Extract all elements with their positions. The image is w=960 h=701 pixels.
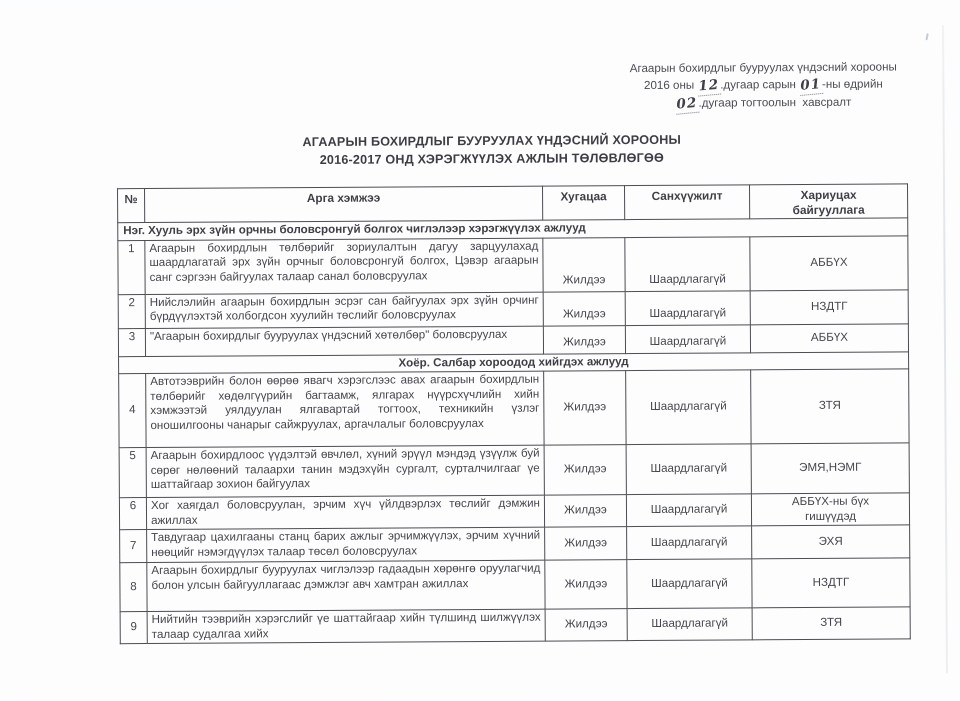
row-responsible: ЗТЯ bbox=[751, 369, 909, 444]
row-duration: Жилдээ bbox=[543, 291, 625, 326]
row-activity: Агаарын бохирдлоос үүдэлтэй өвчлөл, хүни… bbox=[146, 445, 544, 497]
annotation-line-1: Агаарын бохирдлыг бууруулах үндэсний хор… bbox=[573, 58, 953, 77]
row-responsible: НЗДТГ bbox=[750, 289, 908, 324]
handwritten-decree-number: 02 bbox=[675, 95, 699, 115]
row-duration: Жилдээ bbox=[544, 495, 626, 528]
row-activity: Тавдугаар цахилгааны станц барих ажлыг э… bbox=[147, 527, 545, 562]
row-number: 1 bbox=[118, 240, 145, 294]
row-activity: Хог хаягдал боловсруулан, эрчим хүч үйлд… bbox=[146, 495, 544, 529]
annotation-day-text: -ны өдрийн bbox=[822, 78, 883, 91]
row-funding: Шаардлагагүй bbox=[627, 526, 752, 560]
row-funding: Шаардлагагүй bbox=[626, 444, 751, 495]
annotation-decree-text: .дугаар тогтоолын хавсралт bbox=[698, 96, 851, 110]
row-duration: Жилдээ bbox=[543, 325, 625, 354]
table-row-5: 5 Агаарын бохирдлоос үүдэлтэй өвчлөл, хү… bbox=[119, 443, 909, 498]
row-number: 3 bbox=[118, 328, 145, 356]
table-row-6: 6 Хог хаягдал боловсруулан, эрчим хүч үй… bbox=[119, 493, 909, 530]
row-number: 5 bbox=[119, 448, 146, 498]
col-header-responsible-label: Хариуцах байгууллага bbox=[781, 188, 877, 218]
row-number: 7 bbox=[120, 530, 147, 563]
table-row-9: 9 Нийтийн тээврийн хэрэгслийг үе шаттайг… bbox=[120, 607, 910, 644]
row-activity: Автотээврийн болон өөрөө явагч хэрэгслээ… bbox=[146, 371, 544, 447]
row-number: 8 bbox=[120, 563, 147, 612]
row-duration: Жилдээ bbox=[545, 527, 627, 561]
handwritten-month: 12 bbox=[697, 77, 721, 97]
row-funding: Шаардлагагүй bbox=[627, 608, 752, 641]
row-funding: Шаардлагагүй bbox=[625, 236, 750, 291]
table-row-7: 7 Тавдугаар цахилгааны станц барих ажлыг… bbox=[120, 525, 910, 563]
row-responsible: НЗДТГ bbox=[752, 558, 910, 608]
row-activity: Агаарын бохирдлын төлбөрийг зориулалтын … bbox=[145, 238, 543, 294]
row-funding: Шаардлагагүй bbox=[625, 324, 750, 353]
row-duration: Жилдээ bbox=[544, 445, 626, 495]
row-number: 4 bbox=[119, 374, 146, 448]
row-number: 2 bbox=[118, 294, 145, 328]
table-row-4: 4 Автотээврийн болон өөрөө явагч хэрэгсл… bbox=[119, 369, 909, 448]
row-number: 9 bbox=[120, 612, 147, 644]
handwritten-day: 01 bbox=[798, 76, 822, 96]
row-responsible: АББҮХ bbox=[750, 235, 908, 290]
row-activity: Нийслэлийн агаарын бохирдлын эсрэг сан б… bbox=[145, 292, 543, 328]
scan-speck-artifact bbox=[925, 33, 928, 40]
row-funding: Шаардлагагүй bbox=[626, 494, 751, 527]
row-duration: Жилдээ bbox=[545, 560, 627, 610]
row-number: 6 bbox=[119, 498, 146, 530]
annotation-line-3: 02.дугаар тогтоолын хавсралт bbox=[573, 93, 953, 113]
annotation-year-text: 2016 оны bbox=[644, 79, 698, 92]
appendix-annotation: Агаарын бохирдлыг бууруулах үндэсний хор… bbox=[573, 58, 953, 113]
scan-edge-artifact bbox=[942, 25, 948, 673]
scanned-document-page: Агаарын бохирдлыг бууруулах үндэсний хор… bbox=[0, 0, 960, 698]
row-funding: Шаардлагагүй bbox=[626, 370, 751, 445]
row-activity: Агаарын бохирдлыг бууруулах чиглэлээр га… bbox=[147, 560, 545, 611]
table-row-2: 2 Нийслэлийн агаарын бохирдлын эсрэг сан… bbox=[118, 289, 908, 328]
row-responsible: ЗТЯ bbox=[752, 607, 910, 640]
document-title: АГААРЫН БОХИРДЛЫГ БУУРУУЛАХ ҮНДЭСНИЙ ХОР… bbox=[29, 129, 955, 171]
row-duration: Жилдээ bbox=[545, 609, 627, 642]
table-row-1: 1 Агаарын бохирдлын төлбөрийг зориулалты… bbox=[118, 235, 908, 294]
col-header-funding: Санхүүжилт bbox=[625, 185, 750, 220]
row-responsible: АББҮХ-ны бүх гишүүдэд bbox=[751, 493, 909, 526]
row-responsible: ЭМЯ,НЭМГ bbox=[751, 443, 909, 494]
row-responsible: АББҮХ bbox=[750, 323, 908, 352]
col-header-responsible: Хариуцах байгууллага bbox=[750, 184, 908, 219]
row-funding: Шаардлагагүй bbox=[625, 290, 750, 325]
row-activity: Нийтийн тээврийн хэрэгслийг үе шаттайгаа… bbox=[147, 609, 545, 643]
plan-table: № Арга хэмжээ Хугацаа Санхүүжилт Хариуца… bbox=[117, 183, 911, 644]
col-header-number: № bbox=[118, 189, 145, 223]
col-header-activity: Арга хэмжээ bbox=[145, 186, 543, 222]
table-row-8: 8 Агаарын бохирдлыг бууруулах чиглэлээр … bbox=[120, 558, 910, 612]
col-header-duration: Хугацаа bbox=[543, 186, 625, 221]
row-activity: "Агаарын бохирдлыг бууруулах үндэсний хө… bbox=[145, 326, 543, 356]
annotation-month-text: .дугаар сарын bbox=[720, 78, 799, 91]
row-responsible: ЭХЯ bbox=[752, 525, 910, 559]
row-duration: Жилдээ bbox=[543, 237, 625, 291]
row-funding: Шаардлагагүй bbox=[627, 559, 752, 609]
row-duration: Жилдээ bbox=[544, 371, 626, 445]
table-header-row: № Арга хэмжээ Хугацаа Санхүүжилт Хариуца… bbox=[118, 184, 908, 223]
annotation-line-2: 2016 оны 12.дугаар сарын 01-ны өдрийн bbox=[573, 75, 953, 95]
